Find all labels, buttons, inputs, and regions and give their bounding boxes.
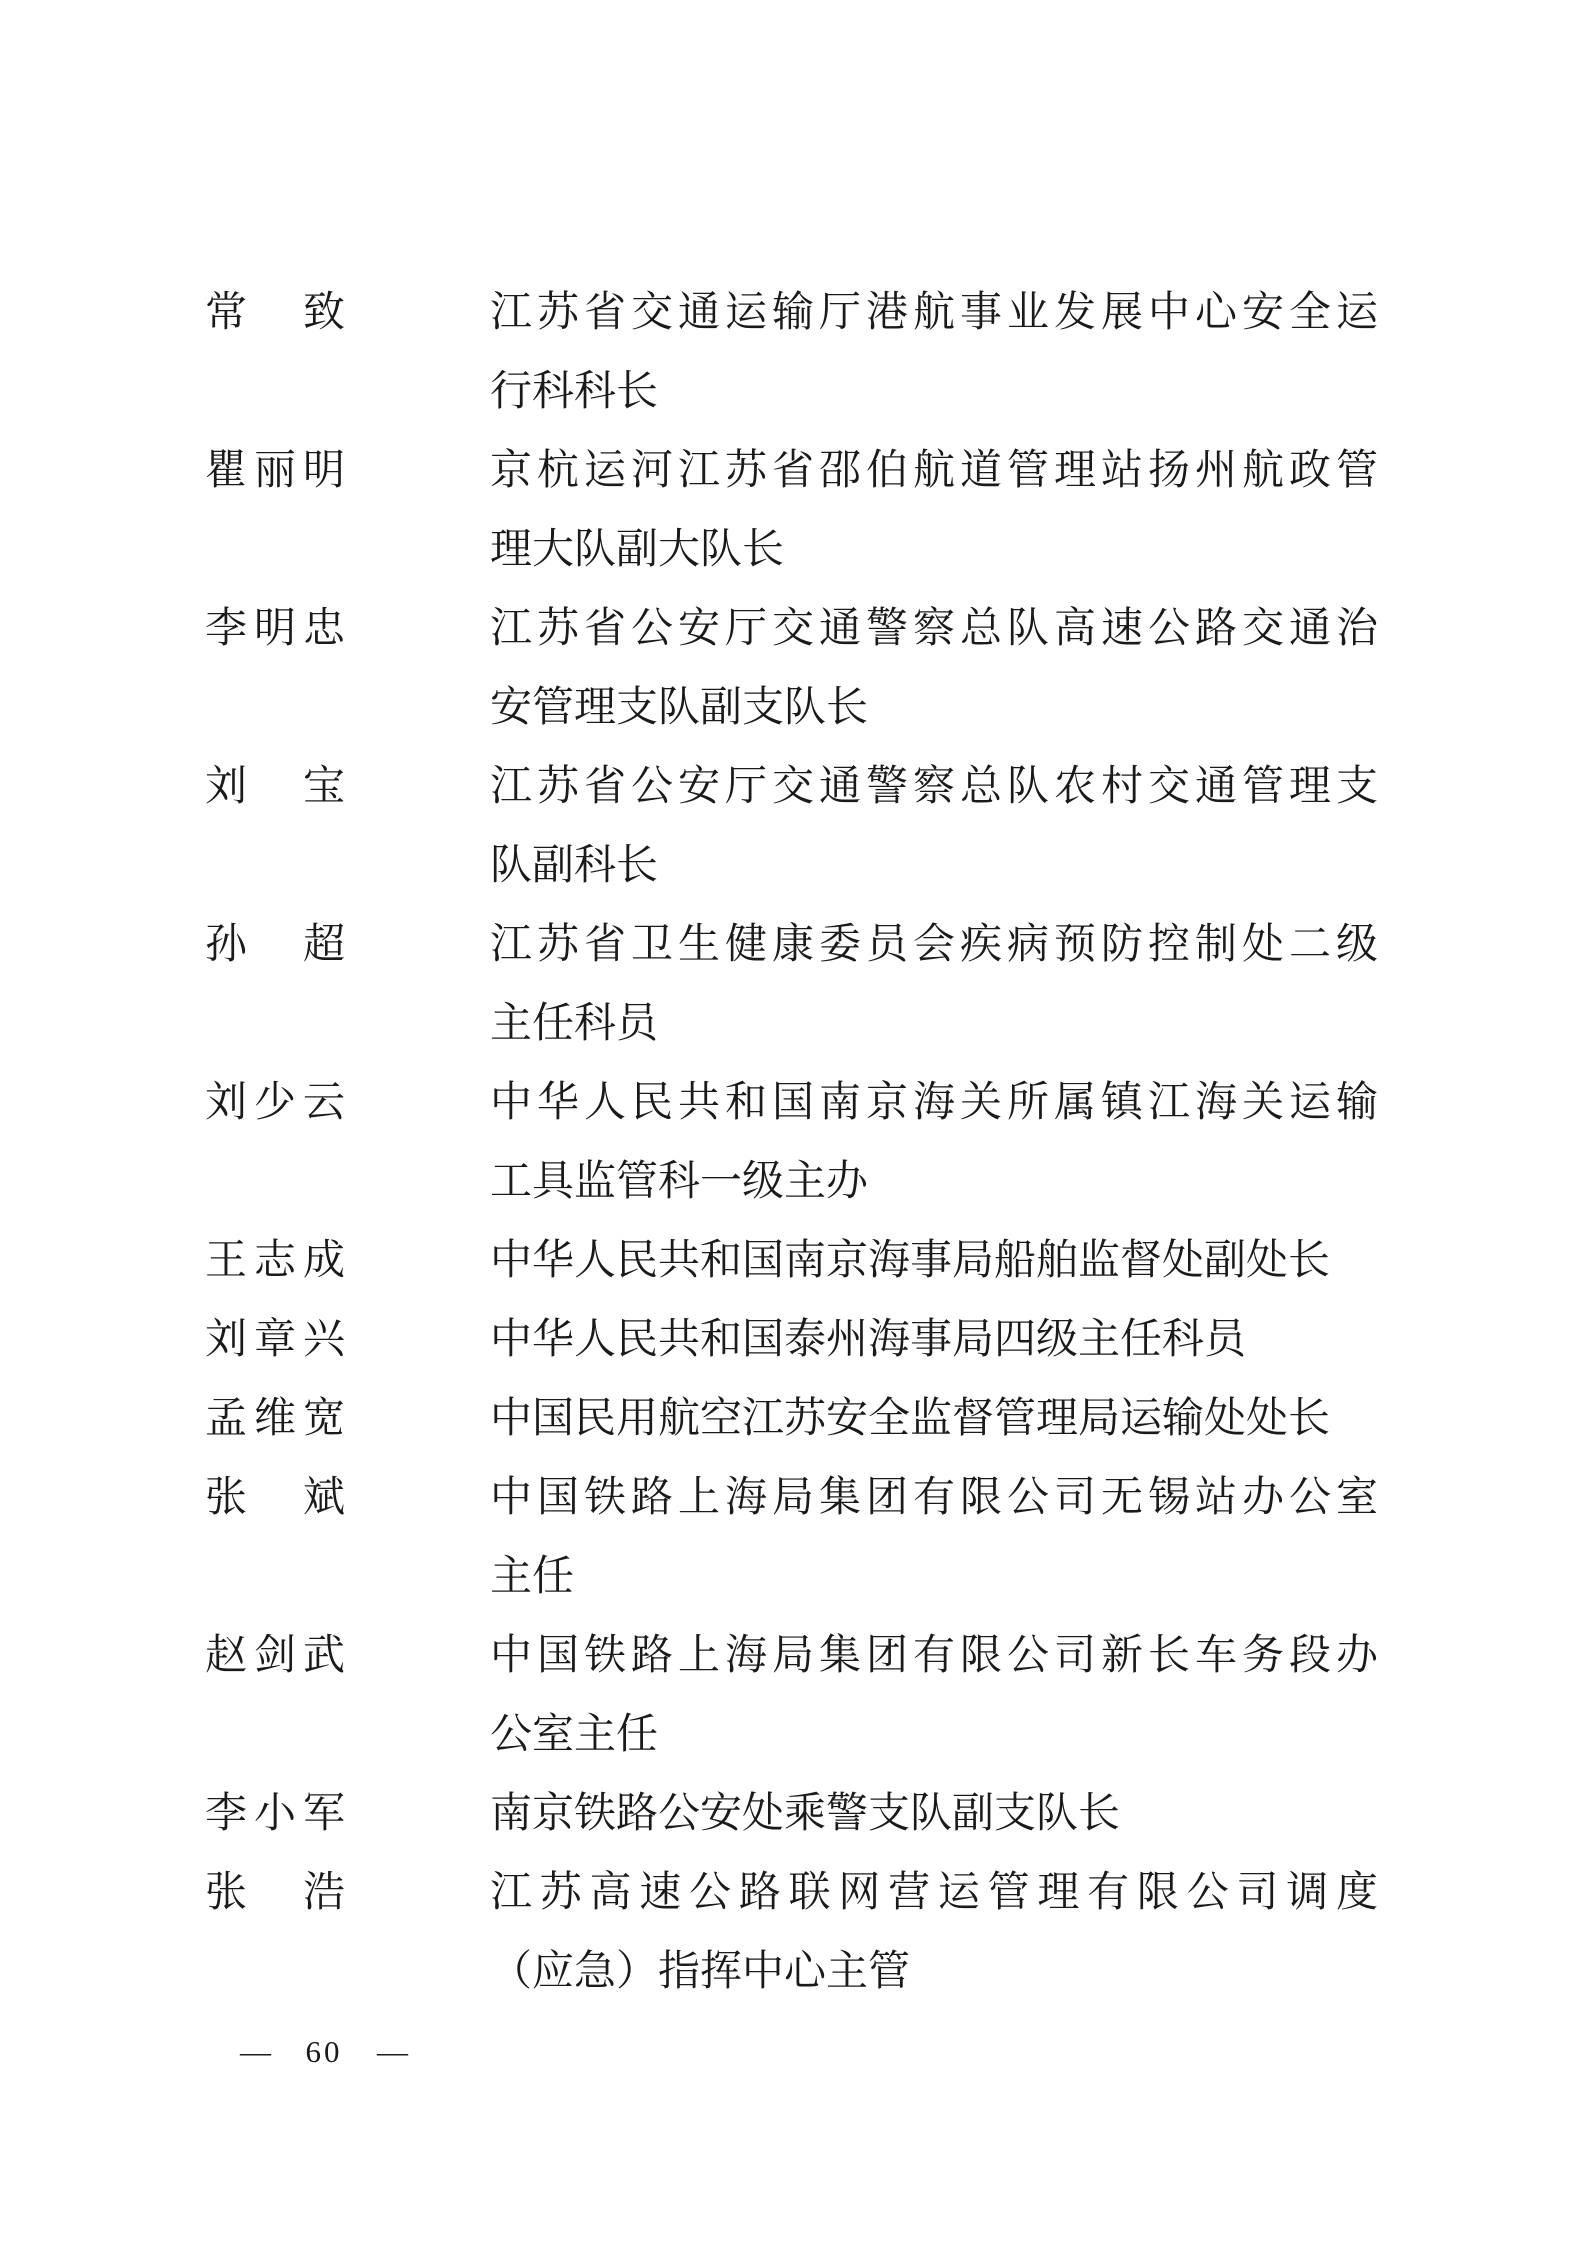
entry-position: 安管理支队副支队长 <box>490 669 1378 748</box>
entry-position: 主任 <box>490 1538 1378 1617</box>
entry-row: 常致 江苏省交通运输厅港航事业发展中心安全运 <box>0 274 1587 353</box>
entry-row: 刘宝 江苏省公安厅交通警察总队农村交通管理支 <box>0 748 1587 827</box>
entry-row: 孟维宽 中国民用航空江苏安全监督管理局运输处处长 <box>0 1380 1587 1459</box>
entry-row: 行科科长 <box>0 353 1587 432</box>
entry-position: 江苏省交通运输厅港航事业发展中心安全运 <box>490 274 1378 353</box>
entry-name: 瞿丽明 <box>205 432 345 511</box>
entry-name <box>205 669 345 748</box>
entry-position: 工具监管科一级主办 <box>490 1143 1378 1222</box>
entry-row: 刘章兴 中华人民共和国泰州海事局四级主任科员 <box>0 1301 1587 1380</box>
entry-name: 孟维宽 <box>205 1380 345 1459</box>
entry-row: 张斌 中国铁路上海局集团有限公司无锡站办公室 <box>0 1459 1587 1538</box>
entry-position: 理大队副大队长 <box>490 511 1378 590</box>
entry-name <box>205 1696 345 1775</box>
entry-name: 王志成 <box>205 1222 345 1301</box>
entry-position: 中华人民共和国南京海事局船舶监督处副处长 <box>490 1222 1378 1301</box>
entry-position: 中国民用航空江苏安全监督管理局运输处处长 <box>490 1380 1378 1459</box>
entry-position: 公室主任 <box>490 1696 1378 1775</box>
entry-position: 江苏省卫生健康委员会疾病预防控制处二级 <box>490 906 1378 985</box>
entry-row: 公室主任 <box>0 1696 1587 1775</box>
entry-name: 刘章兴 <box>205 1301 345 1380</box>
entry-name: 刘宝 <box>205 748 345 827</box>
entry-position: 江苏省公安厅交通警察总队高速公路交通治 <box>490 590 1378 669</box>
entry-row: 工具监管科一级主办 <box>0 1143 1587 1222</box>
entry-name <box>205 985 345 1064</box>
entry-position: 主任科员 <box>490 985 1378 1064</box>
entry-row: （应急）指挥中心主管 <box>0 1933 1587 2012</box>
footer-dash-right: — <box>377 2030 408 2074</box>
entry-position: （应急）指挥中心主管 <box>490 1933 1378 2012</box>
entry-name <box>205 1933 345 2012</box>
entry-row: 孙超 江苏省卫生健康委员会疾病预防控制处二级 <box>0 906 1587 985</box>
entry-name: 张斌 <box>205 1459 345 1538</box>
entry-name: 常致 <box>205 274 345 353</box>
entry-name <box>205 353 345 432</box>
entry-name <box>205 827 345 906</box>
entry-row: 王志成 中华人民共和国南京海事局船舶监督处副处长 <box>0 1222 1587 1301</box>
entry-position: 中华人民共和国南京海关所属镇江海关运输 <box>490 1064 1378 1143</box>
page-number: 60 <box>306 2030 343 2074</box>
entry-row: 理大队副大队长 <box>0 511 1587 590</box>
entry-position: 中国铁路上海局集团有限公司新长车务段办 <box>490 1617 1378 1696</box>
entry-position: 江苏省公安厅交通警察总队农村交通管理支 <box>490 748 1378 827</box>
footer-dash-left: — <box>240 2030 271 2074</box>
entry-name: 赵剑武 <box>205 1617 345 1696</box>
document-page: 常致 江苏省交通运输厅港航事业发展中心安全运 行科科长 瞿丽明 京杭运河江苏省邵… <box>0 0 1587 2245</box>
entry-row: 赵剑武 中国铁路上海局集团有限公司新长车务段办 <box>0 1617 1587 1696</box>
entry-row: 李小军 南京铁路公安处乘警支队副支队长 <box>0 1775 1587 1854</box>
entry-position: 中华人民共和国泰州海事局四级主任科员 <box>490 1301 1378 1380</box>
entry-row: 瞿丽明 京杭运河江苏省邵伯航道管理站扬州航政管 <box>0 432 1587 511</box>
entry-position: 队副科长 <box>490 827 1378 906</box>
entry-name <box>205 1538 345 1617</box>
entry-row: 主任科员 <box>0 985 1587 1064</box>
entry-row: 主任 <box>0 1538 1587 1617</box>
entry-position: 江苏高速公路联网营运管理有限公司调度 <box>490 1854 1378 1933</box>
entry-list: 常致 江苏省交通运输厅港航事业发展中心安全运 行科科长 瞿丽明 京杭运河江苏省邵… <box>0 274 1587 2012</box>
entry-position: 京杭运河江苏省邵伯航道管理站扬州航政管 <box>490 432 1378 511</box>
entry-position: 中国铁路上海局集团有限公司无锡站办公室 <box>490 1459 1378 1538</box>
entry-row: 刘少云 中华人民共和国南京海关所属镇江海关运输 <box>0 1064 1587 1143</box>
entry-name: 刘少云 <box>205 1064 345 1143</box>
entry-name: 李明忠 <box>205 590 345 669</box>
entry-position: 南京铁路公安处乘警支队副支队长 <box>490 1775 1378 1854</box>
entry-name <box>205 1143 345 1222</box>
entry-name: 孙超 <box>205 906 345 985</box>
entry-position: 行科科长 <box>490 353 1378 432</box>
entry-row: 李明忠 江苏省公安厅交通警察总队高速公路交通治 <box>0 590 1587 669</box>
entry-name <box>205 511 345 590</box>
entry-row: 安管理支队副支队长 <box>0 669 1587 748</box>
page-footer: — 60 — <box>240 2030 408 2074</box>
entry-row: 队副科长 <box>0 827 1587 906</box>
entry-row: 张浩 江苏高速公路联网营运管理有限公司调度 <box>0 1854 1587 1933</box>
entry-name: 李小军 <box>205 1775 345 1854</box>
entry-name: 张浩 <box>205 1854 345 1933</box>
